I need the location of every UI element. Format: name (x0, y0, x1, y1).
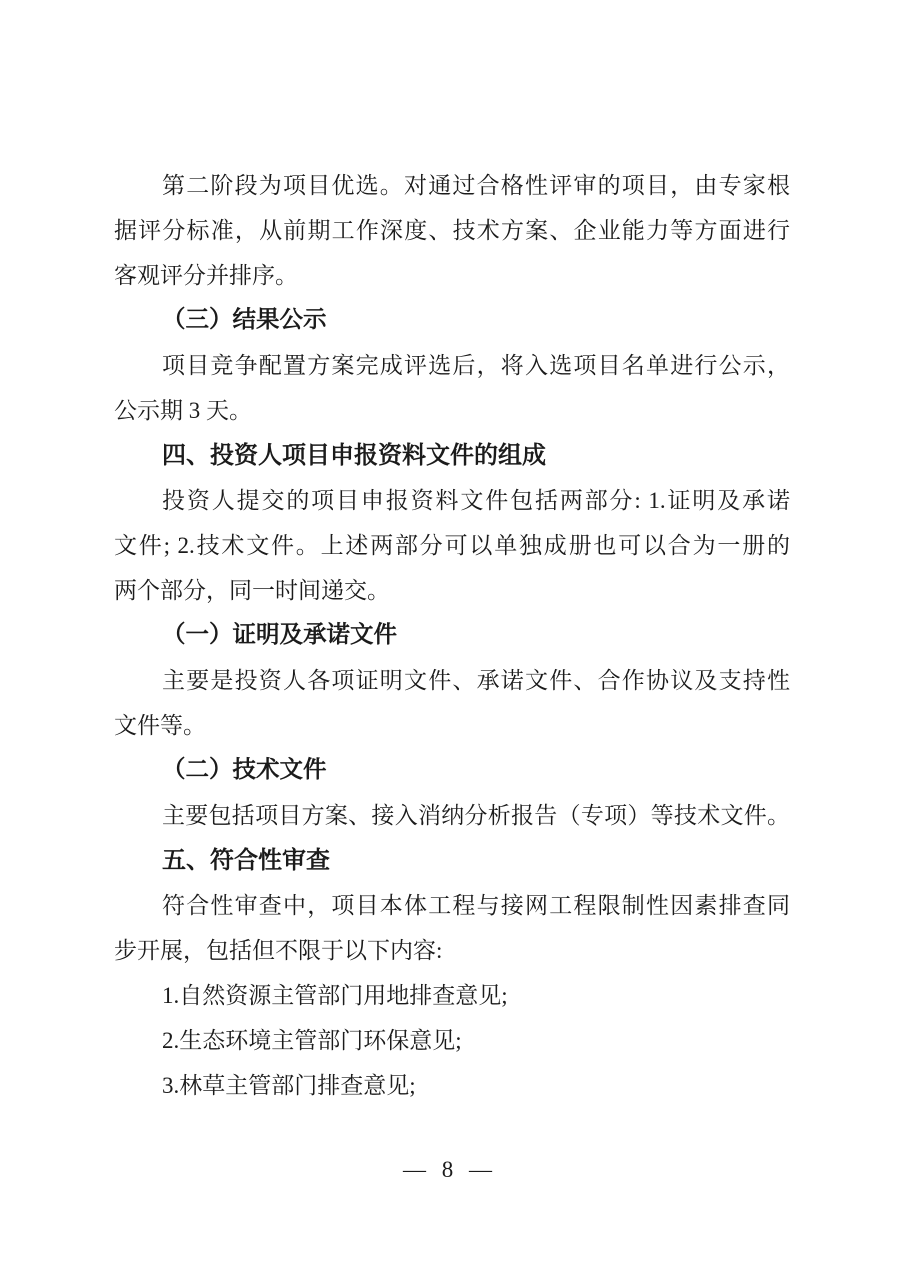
body-line: 项目竞争配置方案完成评选后，将入选项目名单进行公示， (114, 343, 790, 388)
subsection-heading: （一）证明及承诺文件 (114, 613, 790, 658)
body-line: 两个部分，同一时间递交。 (114, 568, 790, 613)
body-line: 主要包括项目方案、接入消纳分析报告（专项）等技术文件。 (114, 793, 790, 838)
body-line: 步开展，包括但不限于以下内容: (114, 928, 790, 973)
body-line: 投资人提交的项目申报资料文件包括两部分: 1.证明及承诺 (114, 478, 790, 523)
document-page: 第二阶段为项目优选。对通过合格性评审的项目，由专家根 据评分标准，从前期工作深度… (0, 0, 900, 1272)
subsection-heading: （三）结果公示 (114, 298, 790, 343)
body-line: 文件; 2.技术文件。上述两部分可以单独成册也可以合为一册的 (114, 523, 790, 568)
list-item: 1.自然资源主管部门用地排查意见; (114, 973, 790, 1018)
body-line: 据评分标准，从前期工作深度、技术方案、企业能力等方面进行 (114, 208, 790, 253)
body-line: 第二阶段为项目优选。对通过合格性评审的项目，由专家根 (114, 163, 790, 208)
section-heading-4: 四、投资人项目申报资料文件的组成 (114, 433, 790, 478)
section-heading-5: 五、符合性审查 (114, 838, 790, 883)
footer-page-number: — 8 — (0, 1147, 900, 1192)
body-line: 符合性审查中，项目本体工程与接网工程限制性因素排查同 (114, 883, 790, 928)
body-line: 客观评分并排序。 (114, 253, 790, 298)
subsection-heading: （二）技术文件 (114, 748, 790, 793)
body-line: 公示期 3 天。 (114, 388, 790, 433)
body-line: 主要是投资人各项证明文件、承诺文件、合作协议及支持性 (114, 658, 790, 703)
document-content: 第二阶段为项目优选。对通过合格性评审的项目，由专家根 据评分标准，从前期工作深度… (114, 163, 790, 1108)
list-item: 3.林草主管部门排查意见; (114, 1063, 790, 1108)
body-line: 文件等。 (114, 703, 790, 748)
list-item: 2.生态环境主管部门环保意见; (114, 1018, 790, 1063)
